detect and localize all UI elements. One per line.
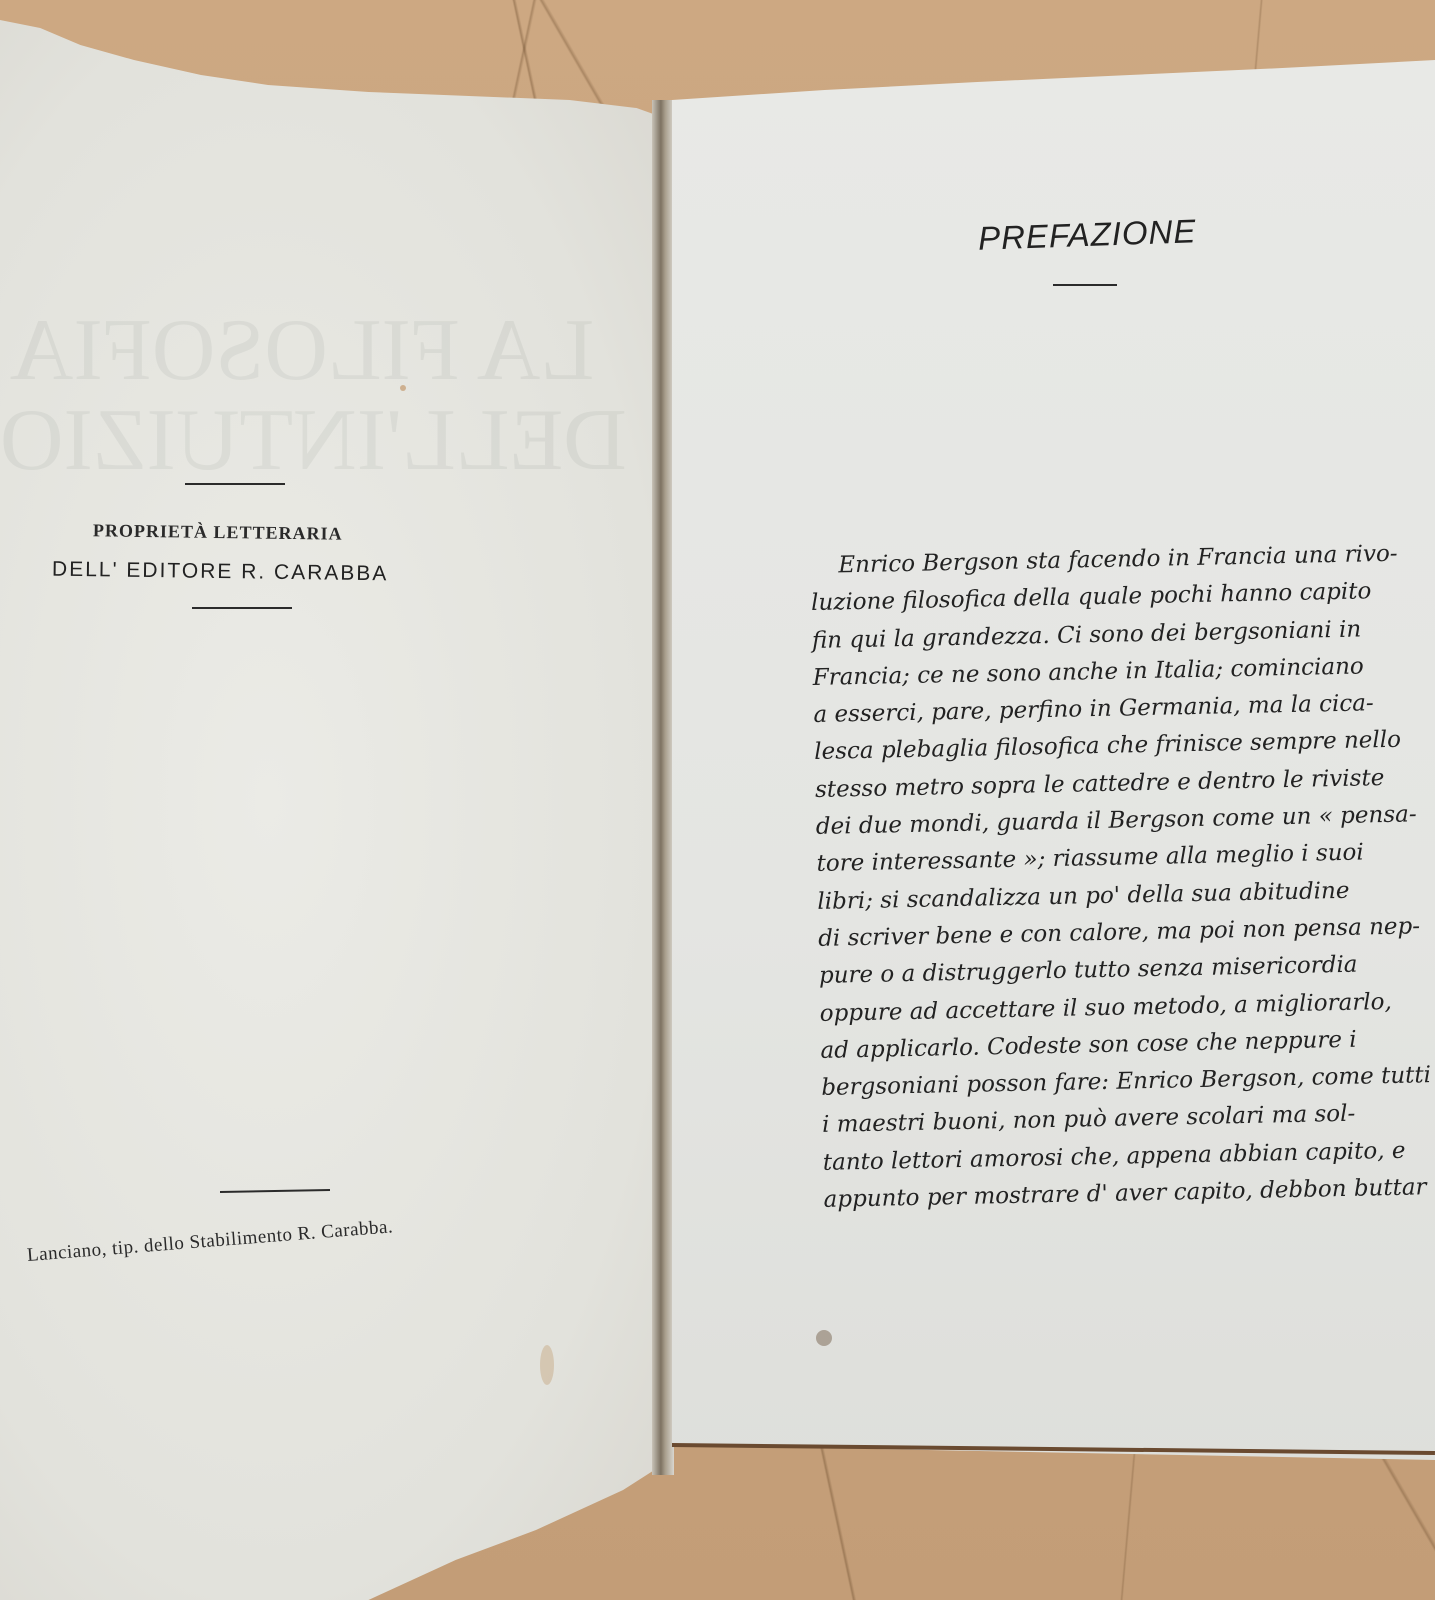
copyright-line-1: PROPRIETÀ LETTERARIA <box>93 520 343 544</box>
copyright-line-2: DELL' EDITORE R. CARABBA <box>52 558 389 587</box>
foxing-spot <box>540 1345 554 1385</box>
divider-rule-middle <box>192 607 292 609</box>
preface-body: Enrico Bergson sta facendo in Francia un… <box>810 533 1435 1219</box>
printer-imprint: Lanciano, tip. dello Stabilimento R. Car… <box>26 1216 394 1267</box>
ghost-title-line2: DELL'INTUIZIO <box>0 390 627 491</box>
left-page: LA FILOSOFIA DELL'INTUIZIO PROPRIETÀ LET… <box>0 0 670 1600</box>
divider-rule-bottom <box>220 1189 330 1193</box>
divider-rule-top <box>185 483 285 485</box>
foxing-spot <box>816 1330 832 1346</box>
page-heading: PREFAZIONE <box>977 212 1197 258</box>
foxing-spot <box>400 385 406 391</box>
book-gutter <box>652 100 674 1475</box>
heading-rule <box>1053 284 1117 286</box>
ghost-title-line1: LA FILOSOFIA <box>10 300 594 401</box>
